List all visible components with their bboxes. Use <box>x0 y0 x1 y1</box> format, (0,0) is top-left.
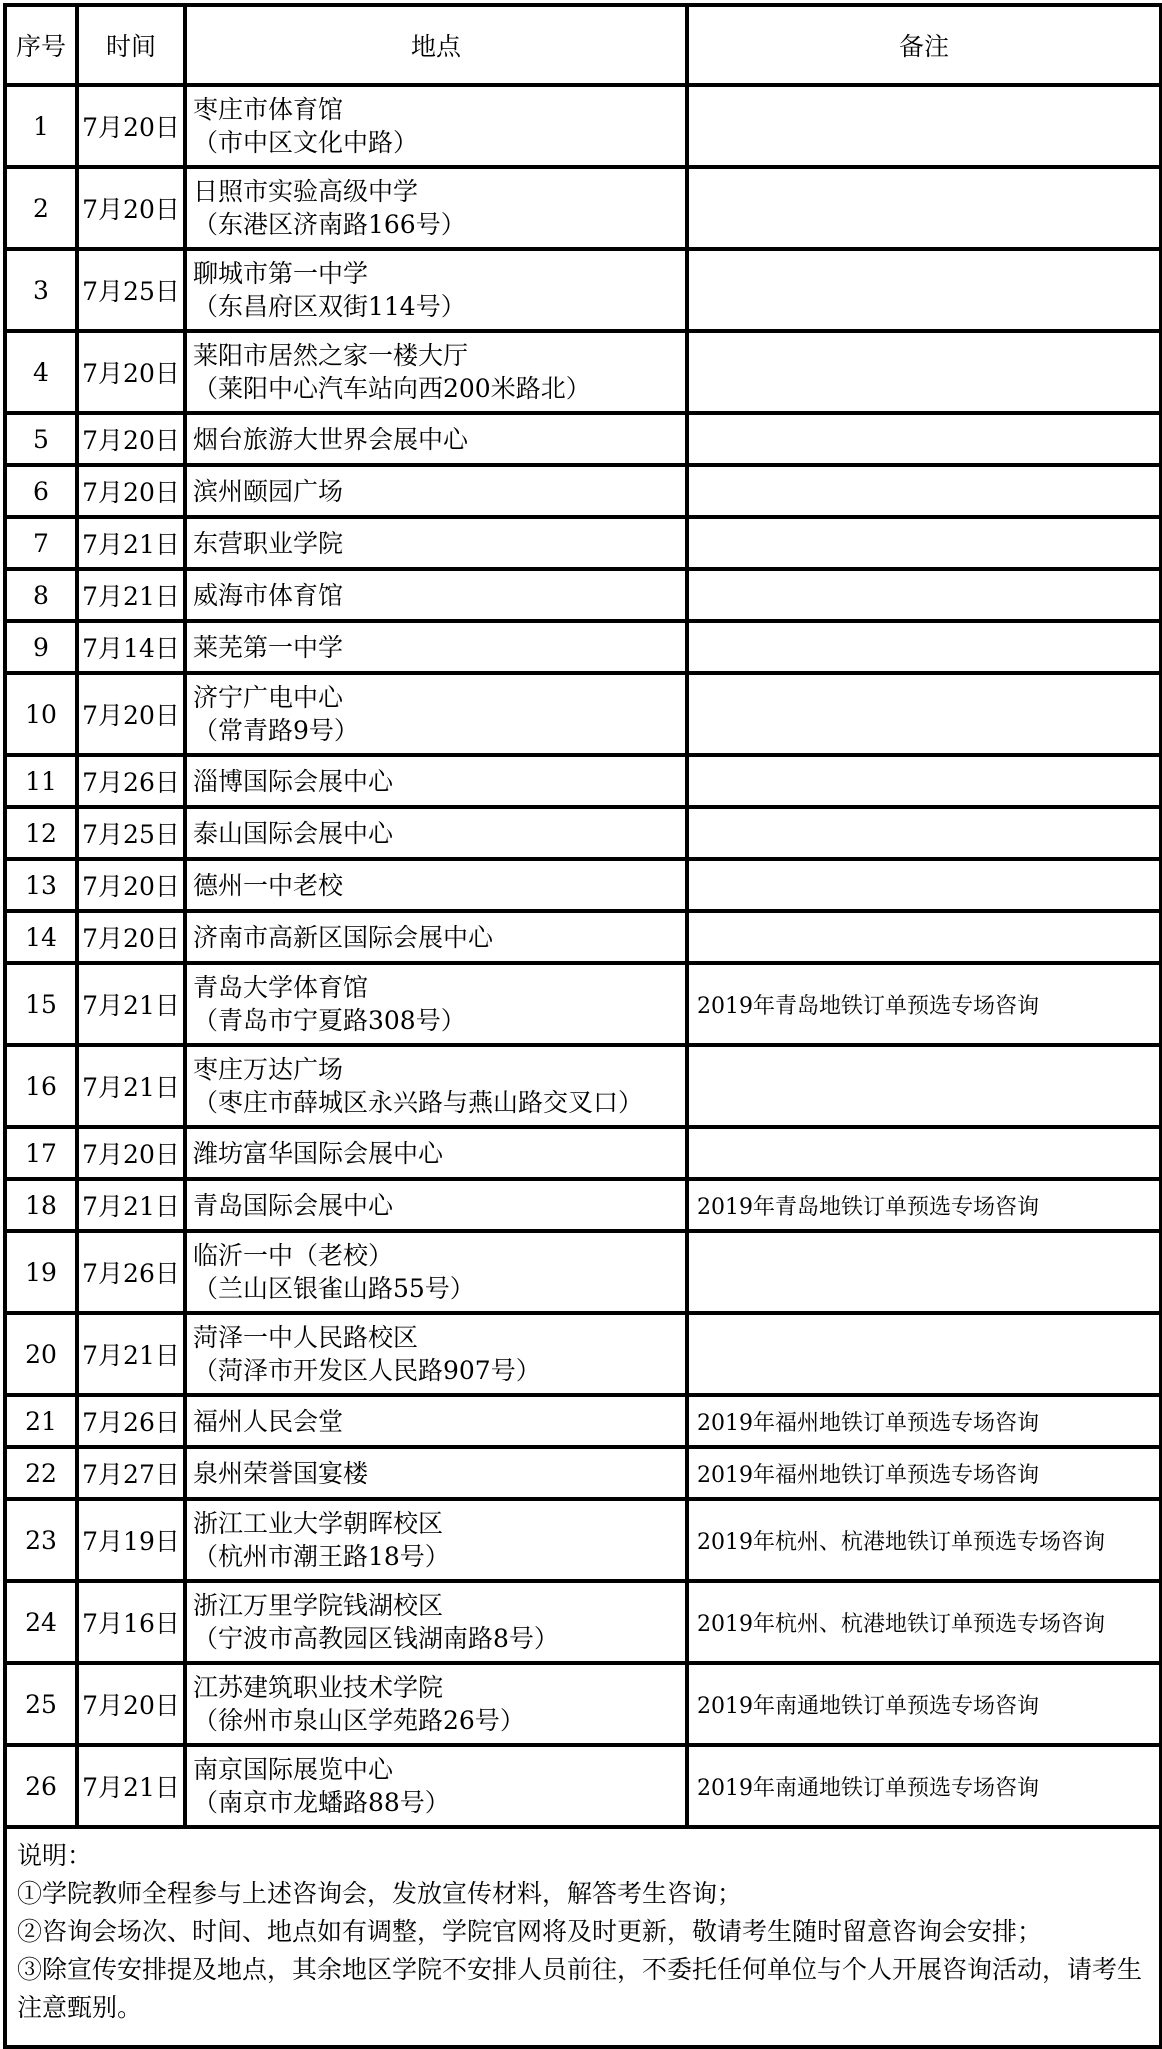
cell-date: 7月21日 <box>77 517 185 569</box>
schedule-row-4: 47月20日莱阳市居然之家一楼大厅（莱阳中心汽车站向西200米路北） <box>5 331 1161 413</box>
cell-date: 7月16日 <box>77 1581 185 1663</box>
cell-place: 临沂一中（老校）（兰山区银雀山路55号） <box>185 1231 687 1313</box>
cell-serial-number: 22 <box>5 1447 77 1499</box>
cell-serial-number: 17 <box>5 1127 77 1179</box>
cell-note <box>687 807 1161 859</box>
cell-place: 江苏建筑职业技术学院（徐州市泉山区学苑路26号） <box>185 1663 687 1745</box>
place-address: （常青路9号） <box>193 714 679 747</box>
cell-note: 2019年青岛地铁订单预选专场咨询 <box>687 963 1161 1045</box>
cell-date: 7月21日 <box>77 1745 185 1827</box>
place-name: 泰山国际会展中心 <box>193 817 679 850</box>
cell-place: 枣庄万达广场（枣庄市薛城区永兴路与燕山路交叉口） <box>185 1045 687 1127</box>
cell-note: 2019年青岛地铁订单预选专场咨询 <box>687 1179 1161 1231</box>
schedule-row-8: 87月21日威海市体育馆 <box>5 569 1161 621</box>
header-note: 备注 <box>687 5 1161 85</box>
place-name: 烟台旅游大世界会展中心 <box>193 423 679 456</box>
header-place: 地点 <box>185 5 687 85</box>
schedule-row-7: 77月21日东营职业学院 <box>5 517 1161 569</box>
place-name: 淄博国际会展中心 <box>193 765 679 798</box>
header-row: 序号 时间 地点 备注 <box>5 5 1161 85</box>
cell-note <box>687 1313 1161 1395</box>
header-no: 序号 <box>5 5 77 85</box>
cell-date: 7月14日 <box>77 621 185 673</box>
cell-date: 7月25日 <box>77 249 185 331</box>
place-name: 青岛国际会展中心 <box>193 1189 679 1222</box>
cell-place: 浙江工业大学朝晖校区（杭州市潮王路18号） <box>185 1499 687 1581</box>
cell-date: 7月21日 <box>77 1179 185 1231</box>
cell-date: 7月20日 <box>77 1663 185 1745</box>
note-line-3: ③除宣传安排提及地点，其余地区学院不安排人员前往，不委托任何单位与个人开展咨询活… <box>17 1951 1147 2027</box>
place-name: 济南市高新区国际会展中心 <box>193 921 679 954</box>
cell-note: 2019年福州地铁订单预选专场咨询 <box>687 1447 1161 1499</box>
note-line-2: ②咨询会场次、时间、地点如有调整，学院官网将及时更新，敬请考生随时留意咨询会安排… <box>17 1913 1147 1951</box>
schedule-row-6: 67月20日滨州颐园广场 <box>5 465 1161 517</box>
cell-place: 德州一中老校 <box>185 859 687 911</box>
header-time: 时间 <box>77 5 185 85</box>
place-address: （东昌府区双街114号） <box>193 290 679 323</box>
cell-place: 东营职业学院 <box>185 517 687 569</box>
place-address: （宁波市高教园区钱湖南路8号） <box>193 1622 679 1655</box>
schedule-row-9: 97月14日莱芜第一中学 <box>5 621 1161 673</box>
cell-serial-number: 21 <box>5 1395 77 1447</box>
cell-date: 7月20日 <box>77 1127 185 1179</box>
cell-note: 2019年福州地铁订单预选专场咨询 <box>687 1395 1161 1447</box>
cell-date: 7月26日 <box>77 755 185 807</box>
cell-note <box>687 465 1161 517</box>
cell-place: 青岛大学体育馆（青岛市宁夏路308号） <box>185 963 687 1045</box>
cell-note <box>687 569 1161 621</box>
cell-place: 济南市高新区国际会展中心 <box>185 911 687 963</box>
cell-place: 滨州颐园广场 <box>185 465 687 517</box>
schedule-row-19: 197月26日临沂一中（老校）（兰山区银雀山路55号） <box>5 1231 1161 1313</box>
cell-serial-number: 10 <box>5 673 77 755</box>
place-name: 莱阳市居然之家一楼大厅 <box>193 339 679 372</box>
place-name: 临沂一中（老校） <box>193 1239 679 1272</box>
cell-note <box>687 621 1161 673</box>
place-name: 青岛大学体育馆 <box>193 971 679 1004</box>
cell-place: 聊城市第一中学（东昌府区双街114号） <box>185 249 687 331</box>
cell-date: 7月21日 <box>77 963 185 1045</box>
place-address: （徐州市泉山区学苑路26号） <box>193 1704 679 1737</box>
schedule-row-10: 107月20日济宁广电中心（常青路9号） <box>5 673 1161 755</box>
schedule-row-25: 257月20日江苏建筑职业技术学院（徐州市泉山区学苑路26号）2019年南通地铁… <box>5 1663 1161 1745</box>
cell-date: 7月27日 <box>77 1447 185 1499</box>
cell-place: 青岛国际会展中心 <box>185 1179 687 1231</box>
cell-place: 南京国际展览中心（南京市龙蟠路88号） <box>185 1745 687 1827</box>
cell-serial-number: 5 <box>5 413 77 465</box>
schedule-row-18: 187月21日青岛国际会展中心2019年青岛地铁订单预选专场咨询 <box>5 1179 1161 1231</box>
cell-date: 7月20日 <box>77 331 185 413</box>
cell-serial-number: 16 <box>5 1045 77 1127</box>
cell-place: 淄博国际会展中心 <box>185 755 687 807</box>
cell-serial-number: 6 <box>5 465 77 517</box>
schedule-row-15: 157月21日青岛大学体育馆（青岛市宁夏路308号）2019年青岛地铁订单预选专… <box>5 963 1161 1045</box>
schedule-row-23: 237月19日浙江工业大学朝晖校区（杭州市潮王路18号）2019年杭州、杭港地铁… <box>5 1499 1161 1581</box>
note-line-1: ①学院教师全程参与上述咨询会，发放宣传材料，解答考生咨询； <box>17 1875 1147 1913</box>
place-name: 福州人民会堂 <box>193 1405 679 1438</box>
cell-place: 菏泽一中人民路校区（菏泽市开发区人民路907号） <box>185 1313 687 1395</box>
cell-place: 烟台旅游大世界会展中心 <box>185 413 687 465</box>
cell-serial-number: 12 <box>5 807 77 859</box>
consultation-schedule-table: 序号 时间 地点 备注 17月20日枣庄市体育馆（市中区文化中路）27月20日日… <box>3 3 1162 2049</box>
schedule-row-12: 127月25日泰山国际会展中心 <box>5 807 1161 859</box>
place-name: 聊城市第一中学 <box>193 257 679 290</box>
cell-serial-number: 20 <box>5 1313 77 1395</box>
cell-place: 浙江万里学院钱湖校区（宁波市高教园区钱湖南路8号） <box>185 1581 687 1663</box>
cell-date: 7月20日 <box>77 85 185 167</box>
cell-serial-number: 8 <box>5 569 77 621</box>
cell-date: 7月20日 <box>77 465 185 517</box>
notes-row: 说明： ①学院教师全程参与上述咨询会，发放宣传材料，解答考生咨询； ②咨询会场次… <box>5 1827 1161 2047</box>
cell-serial-number: 25 <box>5 1663 77 1745</box>
cell-serial-number: 18 <box>5 1179 77 1231</box>
cell-place: 潍坊富华国际会展中心 <box>185 1127 687 1179</box>
cell-note <box>687 673 1161 755</box>
cell-serial-number: 9 <box>5 621 77 673</box>
place-name: 浙江万里学院钱湖校区 <box>193 1589 679 1622</box>
cell-date: 7月26日 <box>77 1395 185 1447</box>
cell-place: 日照市实验高级中学（东港区济南路166号） <box>185 167 687 249</box>
place-address: （东港区济南路166号） <box>193 208 679 241</box>
cell-place: 枣庄市体育馆（市中区文化中路） <box>185 85 687 167</box>
cell-note <box>687 413 1161 465</box>
cell-serial-number: 23 <box>5 1499 77 1581</box>
schedule-row-17: 177月20日潍坊富华国际会展中心 <box>5 1127 1161 1179</box>
schedule-row-2: 27月20日日照市实验高级中学（东港区济南路166号） <box>5 167 1161 249</box>
cell-serial-number: 4 <box>5 331 77 413</box>
cell-serial-number: 13 <box>5 859 77 911</box>
cell-date: 7月19日 <box>77 1499 185 1581</box>
cell-date: 7月20日 <box>77 859 185 911</box>
cell-note: 2019年杭州、杭港地铁订单预选专场咨询 <box>687 1581 1161 1663</box>
schedule-row-26: 267月21日南京国际展览中心（南京市龙蟠路88号）2019年南通地铁订单预选专… <box>5 1745 1161 1827</box>
schedule-row-13: 137月20日德州一中老校 <box>5 859 1161 911</box>
schedule-row-5: 57月20日烟台旅游大世界会展中心 <box>5 413 1161 465</box>
cell-note <box>687 1127 1161 1179</box>
cell-note <box>687 911 1161 963</box>
cell-place: 泰山国际会展中心 <box>185 807 687 859</box>
place-name: 枣庄市体育馆 <box>193 93 679 126</box>
cell-date: 7月20日 <box>77 167 185 249</box>
cell-date: 7月26日 <box>77 1231 185 1313</box>
place-name: 泉州荣誉国宴楼 <box>193 1457 679 1490</box>
place-address: （市中区文化中路） <box>193 126 679 159</box>
schedule-row-1: 17月20日枣庄市体育馆（市中区文化中路） <box>5 85 1161 167</box>
cell-date: 7月21日 <box>77 1045 185 1127</box>
schedule-row-16: 167月21日枣庄万达广场（枣庄市薛城区永兴路与燕山路交叉口） <box>5 1045 1161 1127</box>
cell-note: 2019年杭州、杭港地铁订单预选专场咨询 <box>687 1499 1161 1581</box>
cell-date: 7月20日 <box>77 673 185 755</box>
place-name: 济宁广电中心 <box>193 681 679 714</box>
cell-note <box>687 249 1161 331</box>
cell-note <box>687 517 1161 569</box>
place-name: 日照市实验高级中学 <box>193 175 679 208</box>
place-address: （枣庄市薛城区永兴路与燕山路交叉口） <box>193 1086 679 1119</box>
place-name: 威海市体育馆 <box>193 579 679 612</box>
place-name: 浙江工业大学朝晖校区 <box>193 1507 679 1540</box>
cell-note: 2019年南通地铁订单预选专场咨询 <box>687 1663 1161 1745</box>
place-name: 东营职业学院 <box>193 527 679 560</box>
schedule-row-20: 207月21日菏泽一中人民路校区（菏泽市开发区人民路907号） <box>5 1313 1161 1395</box>
notes-cell: 说明： ①学院教师全程参与上述咨询会，发放宣传材料，解答考生咨询； ②咨询会场次… <box>5 1827 1161 2047</box>
place-name: 德州一中老校 <box>193 869 679 902</box>
place-name: 莱芜第一中学 <box>193 631 679 664</box>
cell-place: 济宁广电中心（常青路9号） <box>185 673 687 755</box>
cell-serial-number: 1 <box>5 85 77 167</box>
place-name: 菏泽一中人民路校区 <box>193 1321 679 1354</box>
cell-note <box>687 755 1161 807</box>
place-name: 滨州颐园广场 <box>193 475 679 508</box>
cell-note <box>687 859 1161 911</box>
schedule-row-21: 217月26日福州人民会堂2019年福州地铁订单预选专场咨询 <box>5 1395 1161 1447</box>
cell-serial-number: 26 <box>5 1745 77 1827</box>
place-address: （菏泽市开发区人民路907号） <box>193 1354 679 1387</box>
cell-note: 2019年南通地铁订单预选专场咨询 <box>687 1745 1161 1827</box>
notes-title: 说明： <box>17 1837 1147 1875</box>
cell-note <box>687 1231 1161 1313</box>
cell-place: 威海市体育馆 <box>185 569 687 621</box>
schedule-table-body: 17月20日枣庄市体育馆（市中区文化中路）27月20日日照市实验高级中学（东港区… <box>5 85 1161 1827</box>
place-address: （青岛市宁夏路308号） <box>193 1004 679 1037</box>
cell-note <box>687 331 1161 413</box>
cell-note <box>687 167 1161 249</box>
cell-place: 莱芜第一中学 <box>185 621 687 673</box>
schedule-row-24: 247月16日浙江万里学院钱湖校区（宁波市高教园区钱湖南路8号）2019年杭州、… <box>5 1581 1161 1663</box>
cell-note <box>687 85 1161 167</box>
cell-serial-number: 3 <box>5 249 77 331</box>
cell-serial-number: 15 <box>5 963 77 1045</box>
cell-place: 泉州荣誉国宴楼 <box>185 1447 687 1499</box>
place-name: 枣庄万达广场 <box>193 1053 679 1086</box>
cell-serial-number: 2 <box>5 167 77 249</box>
cell-date: 7月20日 <box>77 413 185 465</box>
cell-serial-number: 14 <box>5 911 77 963</box>
cell-place: 福州人民会堂 <box>185 1395 687 1447</box>
place-address: （兰山区银雀山路55号） <box>193 1272 679 1305</box>
cell-place: 莱阳市居然之家一楼大厅（莱阳中心汽车站向西200米路北） <box>185 331 687 413</box>
place-address: （杭州市潮王路18号） <box>193 1540 679 1573</box>
place-name: 潍坊富华国际会展中心 <box>193 1137 679 1170</box>
schedule-row-3: 37月25日聊城市第一中学（东昌府区双街114号） <box>5 249 1161 331</box>
cell-serial-number: 11 <box>5 755 77 807</box>
cell-note <box>687 1045 1161 1127</box>
schedule-row-14: 147月20日济南市高新区国际会展中心 <box>5 911 1161 963</box>
cell-serial-number: 24 <box>5 1581 77 1663</box>
cell-date: 7月20日 <box>77 911 185 963</box>
cell-date: 7月21日 <box>77 569 185 621</box>
place-address: （莱阳中心汽车站向西200米路北） <box>193 372 679 405</box>
cell-serial-number: 19 <box>5 1231 77 1313</box>
place-name: 南京国际展览中心 <box>193 1753 679 1786</box>
cell-date: 7月25日 <box>77 807 185 859</box>
place-address: （南京市龙蟠路88号） <box>193 1786 679 1819</box>
cell-serial-number: 7 <box>5 517 77 569</box>
place-name: 江苏建筑职业技术学院 <box>193 1671 679 1704</box>
schedule-row-11: 117月26日淄博国际会展中心 <box>5 755 1161 807</box>
cell-date: 7月21日 <box>77 1313 185 1395</box>
schedule-row-22: 227月27日泉州荣誉国宴楼2019年福州地铁订单预选专场咨询 <box>5 1447 1161 1499</box>
